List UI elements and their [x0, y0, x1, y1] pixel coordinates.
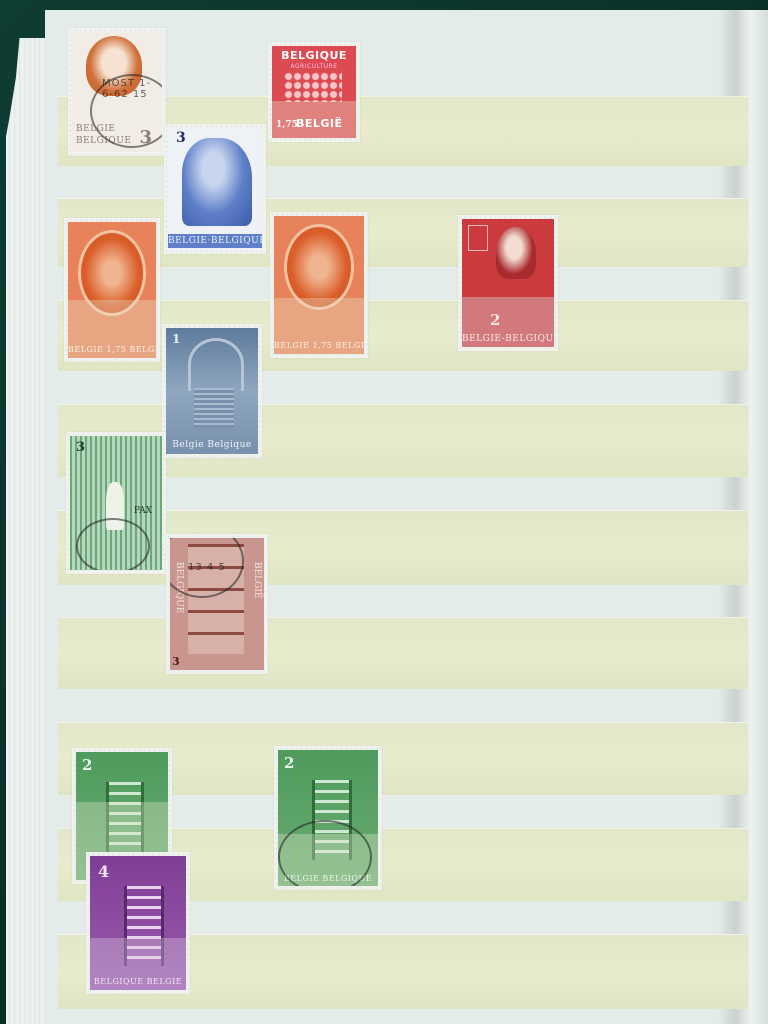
- stairs-icon: [194, 388, 234, 428]
- stamp-portrait-man-glasses[interactable]: 3 BELGIE·BELGIQUE: [164, 124, 266, 254]
- stamp-value: 3: [176, 130, 186, 146]
- stamp-country: BELGIË: [296, 117, 356, 130]
- postmark-icon: [278, 820, 372, 886]
- stamp-value: 2: [82, 756, 92, 774]
- stamp-pope-portrait[interactable]: 2 BELGIE-BELGIQUE: [458, 215, 558, 351]
- stamp-value: 1,75: [276, 120, 298, 130]
- postmark-icon: [76, 518, 150, 570]
- stamp-art-nouveau-facade[interactable]: BELGIQUE BELGIË 3 13 4 5: [166, 534, 268, 674]
- stamp-europa-green-2[interactable]: 2 BELGIE BELGIQUE: [274, 746, 382, 890]
- stamp-caption: PAX: [134, 506, 152, 516]
- stamp-country: BELGIE·BELGIQUE: [168, 234, 262, 248]
- portrait-icon: [496, 227, 536, 279]
- coat-of-arms-icon: [468, 225, 488, 251]
- arch-icon: [188, 338, 244, 391]
- stamp-country: BELGIE 1,75 BELGIQUE: [68, 345, 156, 354]
- stamp-value: 3: [172, 655, 180, 668]
- stamp-europa-purple[interactable]: 4 BELGIQUE BELGIE: [86, 852, 190, 994]
- stamp-country: BELGIE-BELGIQUE: [462, 334, 554, 344]
- stamp-title: BELGIQUE: [272, 49, 356, 62]
- stamp-country: BELGIQUE BELGIE: [90, 977, 186, 986]
- stamp-pax[interactable]: 3 PAX: [66, 432, 166, 574]
- stamp-value: 1: [172, 332, 180, 346]
- glassine-strip: [58, 617, 748, 689]
- grapes-icon: [284, 72, 342, 102]
- portrait-icon: [182, 138, 252, 226]
- stamp-country: Belgie Belgique: [166, 440, 258, 450]
- stamp-value: 2: [490, 311, 500, 329]
- stamp-portrait-medieval-1[interactable]: BELGIE 1,75 BELGIQUE: [64, 218, 160, 362]
- stamp-value: 2: [284, 754, 294, 772]
- stamp-portrait-bearded-man[interactable]: BELGIE BELGIQUE 3 MOST 1-6-62 15: [68, 28, 166, 156]
- glassine-strip: [58, 198, 748, 267]
- stamp-value: 3: [76, 440, 85, 455]
- stamp-agriculture[interactable]: BELGIQUE AGRICULTURE 1,75 BELGIË: [268, 42, 360, 142]
- postmark-text: MOST 1-6-62 15: [102, 78, 162, 100]
- stamp-side-text-right: BELGIË: [250, 562, 262, 598]
- stamp-subtitle: AGRICULTURE: [272, 63, 356, 70]
- stamp-value: 4: [98, 862, 109, 881]
- stamp-portrait-medieval-2[interactable]: BELGIE 1,75 BELGIQUE: [270, 212, 368, 358]
- postmark-text: 13 4 5: [188, 562, 226, 573]
- stamp-vaulted-staircase[interactable]: 1 Belgie Belgique: [162, 324, 262, 458]
- stamp-country: BELGIE 1,75 BELGIQUE: [274, 341, 364, 350]
